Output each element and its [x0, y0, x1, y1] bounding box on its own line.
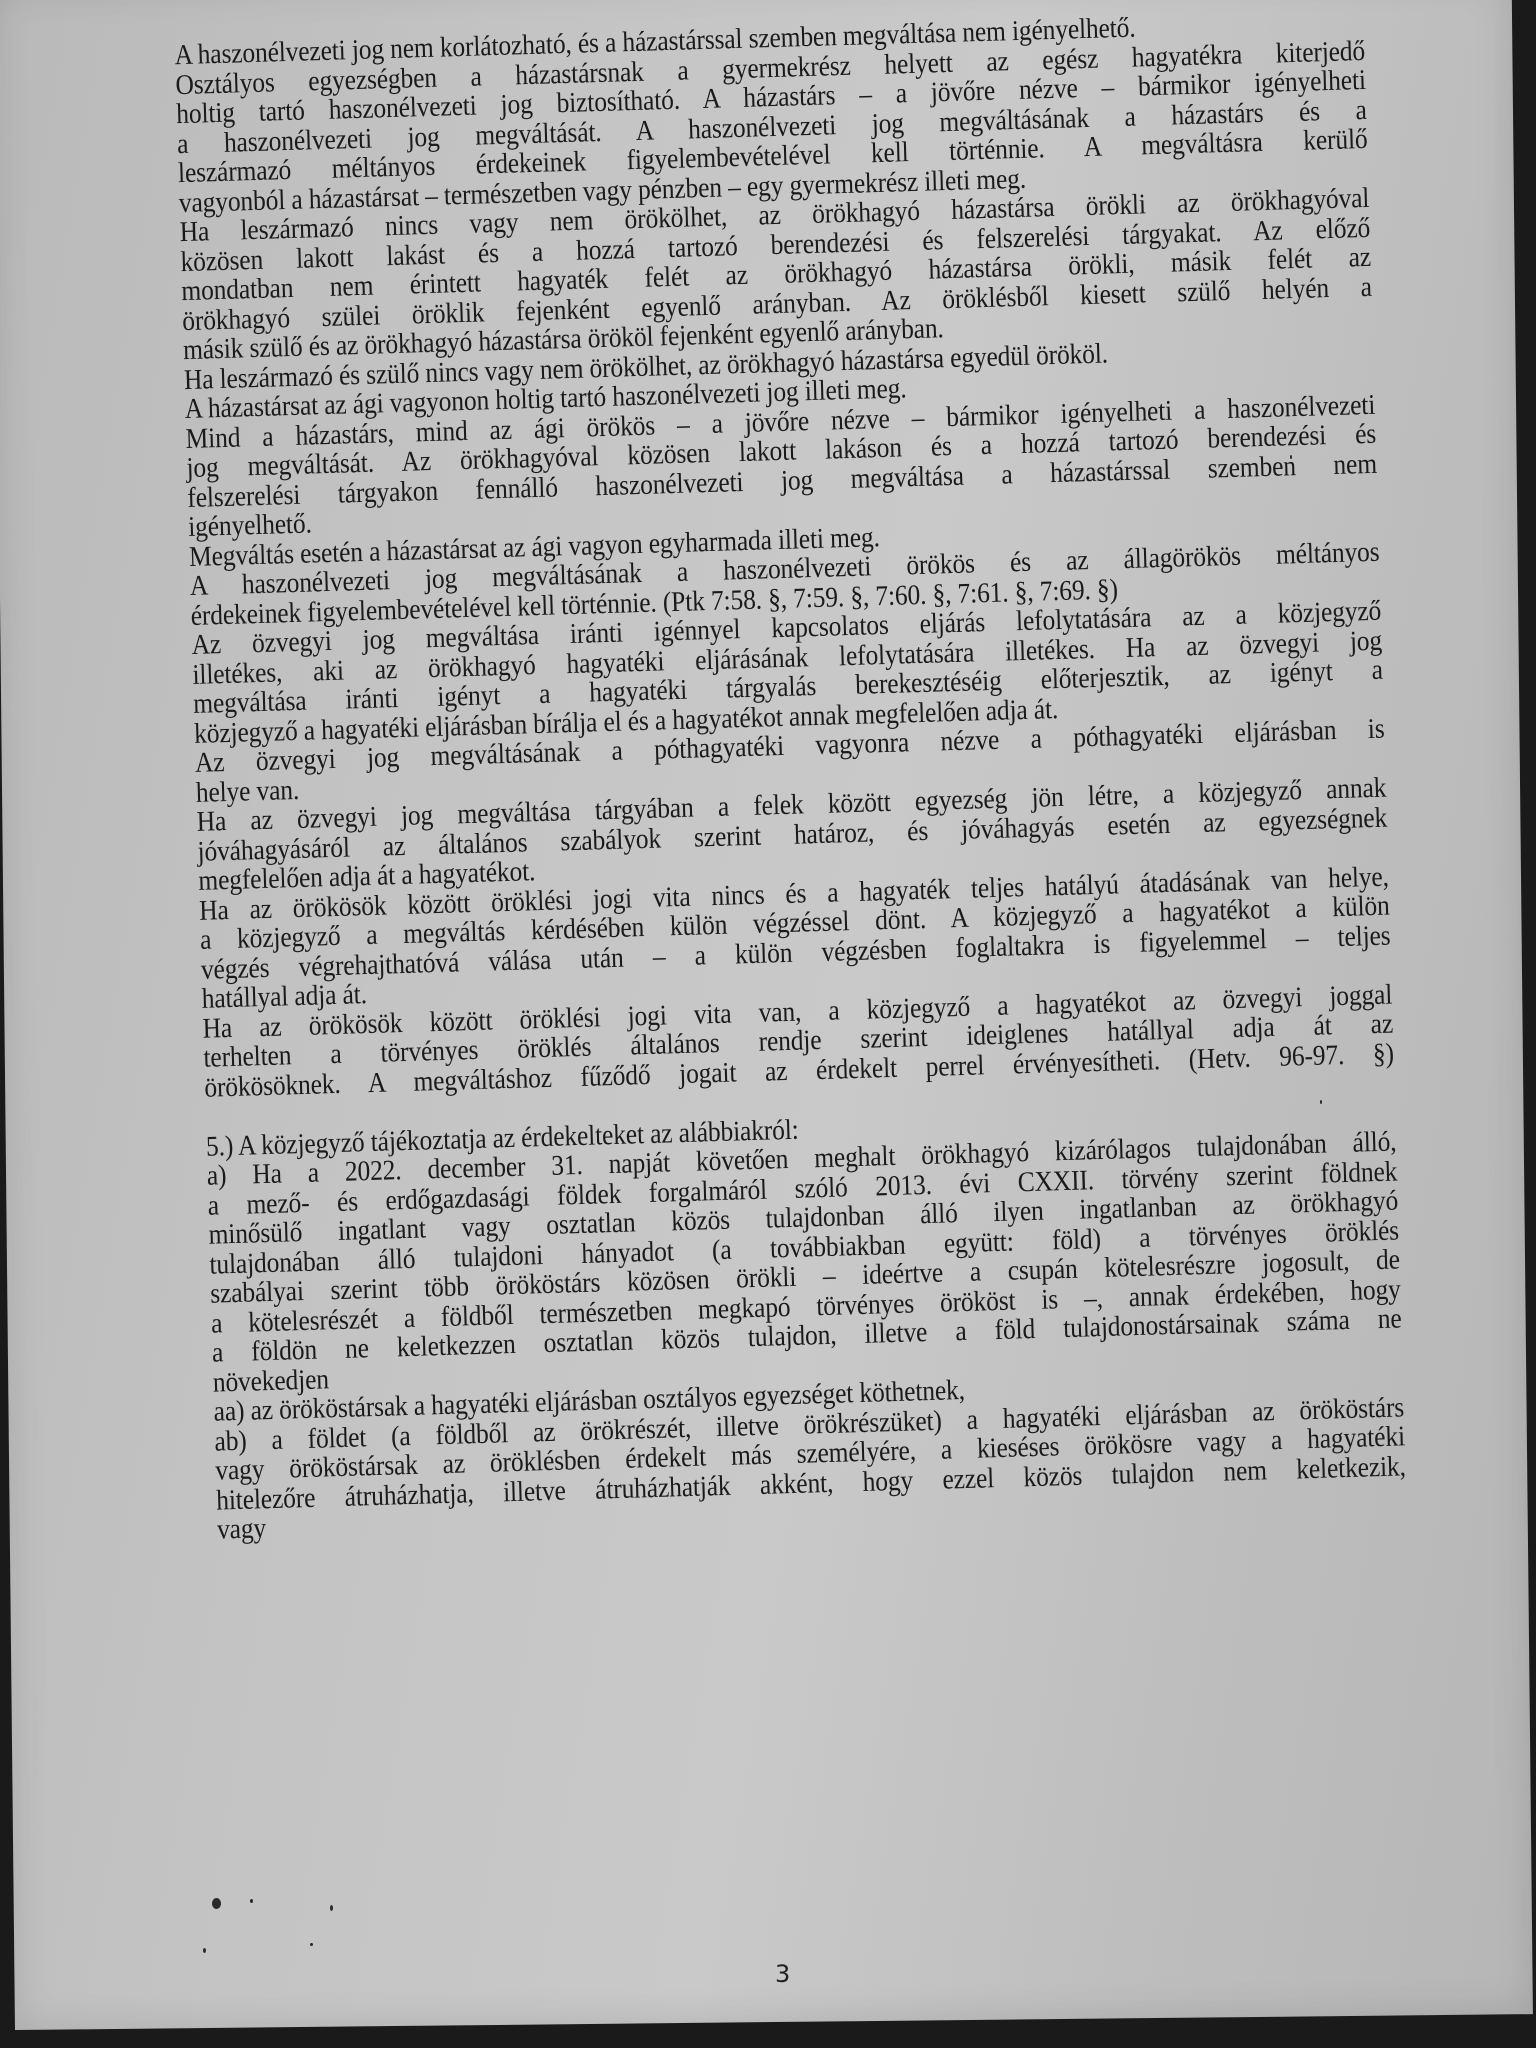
document-photo: A haszonélvezeti jog nem korlátozható, é…: [0, 0, 1536, 2048]
ink-speck: [330, 1905, 333, 1911]
ink-speck: [203, 1948, 206, 1953]
ink-speck: [1320, 1100, 1322, 1104]
page-number: 3: [775, 1960, 790, 1988]
ink-speck: [250, 1899, 253, 1903]
ink-speck: [1290, 455, 1292, 459]
ink-speck: [310, 1943, 313, 1946]
document-body: A haszonélvezeti jog nem korlátozható, é…: [174, 6, 1407, 1544]
paper-sheet: A haszonélvezeti jog nem korlátozható, é…: [0, 0, 1533, 2030]
ink-speck: [212, 1898, 221, 1909]
